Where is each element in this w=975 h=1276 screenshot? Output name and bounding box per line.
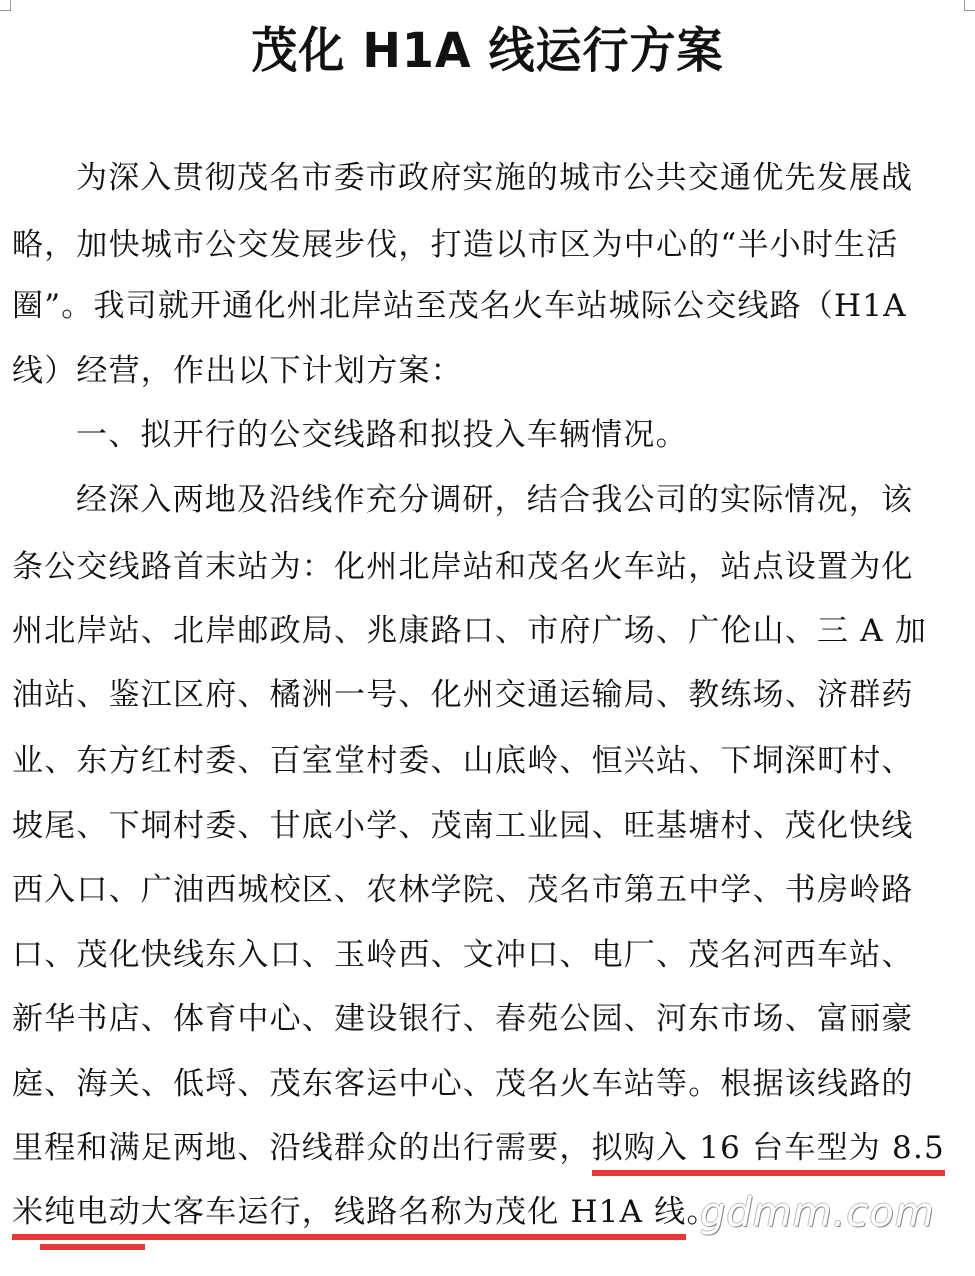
paragraph-line: 口、茂化快线东入口、玉岭西、文冲口、电厂、茂名河西车站、 <box>12 935 914 975</box>
document-title: 茂化 H1A 线运行方案 <box>0 12 975 81</box>
paragraph-line: 里程和满足两地、沿线群众的出行需要，拟购入 16 台车型为 8.5 <box>12 1128 945 1168</box>
paragraph-line: 线）经营，作出以下计划方案： <box>12 351 463 391</box>
paragraph-line: 经深入两地及沿线作充分调研，结合我公司的实际情况，该 <box>76 480 913 520</box>
paragraph-line: 庭、海关、低埒、茂东客运中心、茂名火车站等。根据该线路的 <box>12 1064 914 1104</box>
paragraph-line: 西入口、广油西城校区、农林学院、茂名市第五中学、书房岭路 <box>12 870 914 910</box>
page-corner-mark-left <box>0 0 11 11</box>
watermark: gdmm.com <box>700 1190 935 1236</box>
paragraph-line: 米纯电动大客车运行，线路名称为茂化 H1A 线。 <box>12 1192 719 1232</box>
paragraph-line: 油站、鉴江区府、橘洲一号、化州交通运输局、教练场、济群药 <box>12 675 914 715</box>
paragraph-line: 坡尾、下垌村委、甘底小学、茂南工业园、旺基塘村、茂化快线 <box>12 806 914 846</box>
section-heading: 一、拟开行的公交线路和拟投入车辆情况。 <box>76 415 688 455</box>
paragraph-line: 略，加快城市公交发展步伐，打造以市区为中心的“半小时生活 <box>12 225 898 265</box>
paragraph-line: 条公交线路首末站为：化州北岸站和茂名火车站，站点设置为化 <box>12 547 914 587</box>
paragraph-line: 业、东方红村委、百室堂村委、山底岭、恒兴站、下垌深町村、 <box>12 741 914 781</box>
plain-text: 里程和满足两地、沿线群众的出行需要， <box>12 1130 592 1166</box>
highlighted-text: 米纯电动大客车运行，线路名称为茂化 H1A 线 <box>12 1194 686 1240</box>
page-corner-mark-right <box>964 0 975 11</box>
highlighted-text: 拟购入 16 台车型为 8.5 <box>592 1130 945 1176</box>
paragraph-line: 州北岸站、北岸邮政局、兆康路口、市府广场、广伦山、三 A 加 <box>12 611 927 651</box>
paragraph-line: 圈”。我司就开通化州北岸站至茂名火车站城际公交线路（H1A <box>12 286 907 326</box>
paragraph-line: 新华书店、体育中心、建设银行、春苑公园、河东市场、富丽豪 <box>12 999 914 1039</box>
red-underline-mark <box>40 1244 145 1250</box>
paragraph-line: 为深入贯彻茂名市委市政府实施的城市公共交通优先发展战 <box>76 158 913 198</box>
